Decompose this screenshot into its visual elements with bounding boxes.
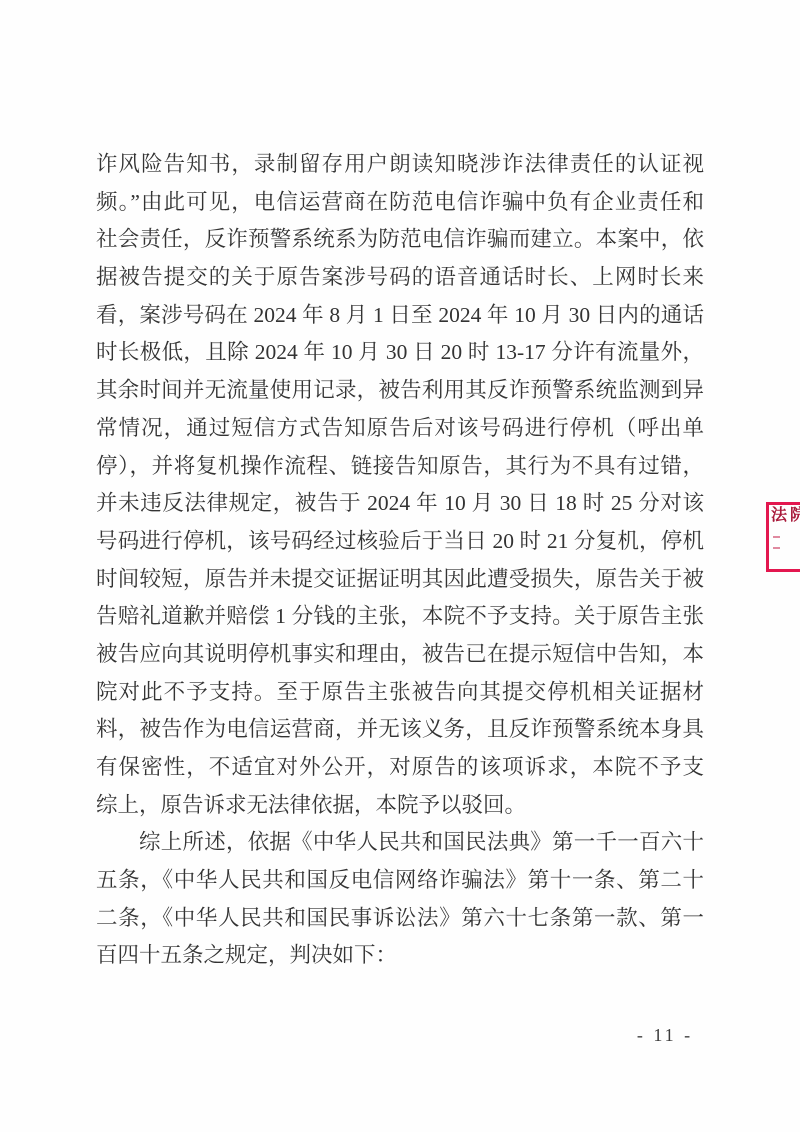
text-line: 据被告提交的关于原告案涉号码的语音通话时长、上网时长来	[96, 259, 704, 297]
text-line: 号码进行停机，该号码经过核验后于当日 20 时 21 分复机，停机	[96, 523, 704, 561]
text-line: 料，被告作为电信运营商，并无该义务，且反诈预警系统本身具	[96, 711, 704, 749]
text-line: 院对此不予支持。至于原告主张被告向其提交停机相关证据材	[96, 674, 704, 712]
court-seal-stamp: 法院	[766, 502, 800, 572]
text-line: 看，案涉号码在 2024 年 8 月 1 日至 2024 年 10 月 30 日…	[96, 297, 704, 335]
text-line: 频。”由此可见，电信运营商在防范电信诈骗中负有企业责任和	[96, 184, 704, 222]
text-line: 其余时间并无流量使用记录，被告利用其反诈预警系统监测到异	[96, 372, 704, 410]
seal-mark-icon	[773, 547, 780, 549]
text-line: 时长极低，且除 2024 年 10 月 30 日 20 时 13-17 分许有流…	[96, 334, 704, 372]
text-line-paragraph-end: 综上，原告诉求无法律依据，本院予以驳回。	[96, 787, 704, 825]
court-seal-text: 法院	[771, 505, 800, 527]
text-line: 并未违反法律规定，被告于 2024 年 10 月 30 日 18 时 25 分对…	[96, 485, 704, 523]
text-line: 社会责任，反诈预警系统系为防范电信诈骗而建立。本案中，依	[96, 221, 704, 259]
document-page: 诈风险告知书，录制留存用户朗读知晓涉诈法律责任的认证视 频。”由此可见，电信运营…	[0, 0, 800, 1132]
text-line: 五条，《中华人民共和国反电信网络诈骗法》第十一条、第二十	[96, 862, 704, 900]
text-line-paragraph-start: 综上所述，依据《中华人民共和国民法典》第一千一百六十	[96, 824, 704, 862]
text-line: 告赔礼道歉并赔偿 1 分钱的主张，本院不予支持。关于原告主张	[96, 598, 704, 636]
judgment-text-block: 诈风险告知书，录制留存用户朗读知晓涉诈法律责任的认证视 频。”由此可见，电信运营…	[96, 146, 704, 975]
text-line: 被告应向其说明停机事实和理由，被告已在提示短信中告知，本	[96, 636, 704, 674]
text-line: 诈风险告知书，录制留存用户朗读知晓涉诈法律责任的认证视	[96, 146, 704, 184]
text-line: 时间较短，原告并未提交证据证明其因此遭受损失，原告关于被	[96, 561, 704, 599]
page-number: - 11 -	[620, 1025, 710, 1046]
seal-mark-icon	[773, 536, 780, 538]
text-line: 常情况，通过短信方式告知原告后对该号码进行停机（呼出单	[96, 410, 704, 448]
text-line-paragraph-end: 百四十五条之规定，判决如下：	[96, 937, 704, 975]
text-line: 二条，《中华人民共和国民事诉讼法》第六十七条第一款、第一	[96, 900, 704, 938]
text-line: 有保密性，不适宜对外公开，对原告的该项诉求，本院不予支持。	[96, 749, 704, 787]
text-line: 停），并将复机操作流程、链接告知原告，其行为不具有过错，	[96, 448, 704, 486]
